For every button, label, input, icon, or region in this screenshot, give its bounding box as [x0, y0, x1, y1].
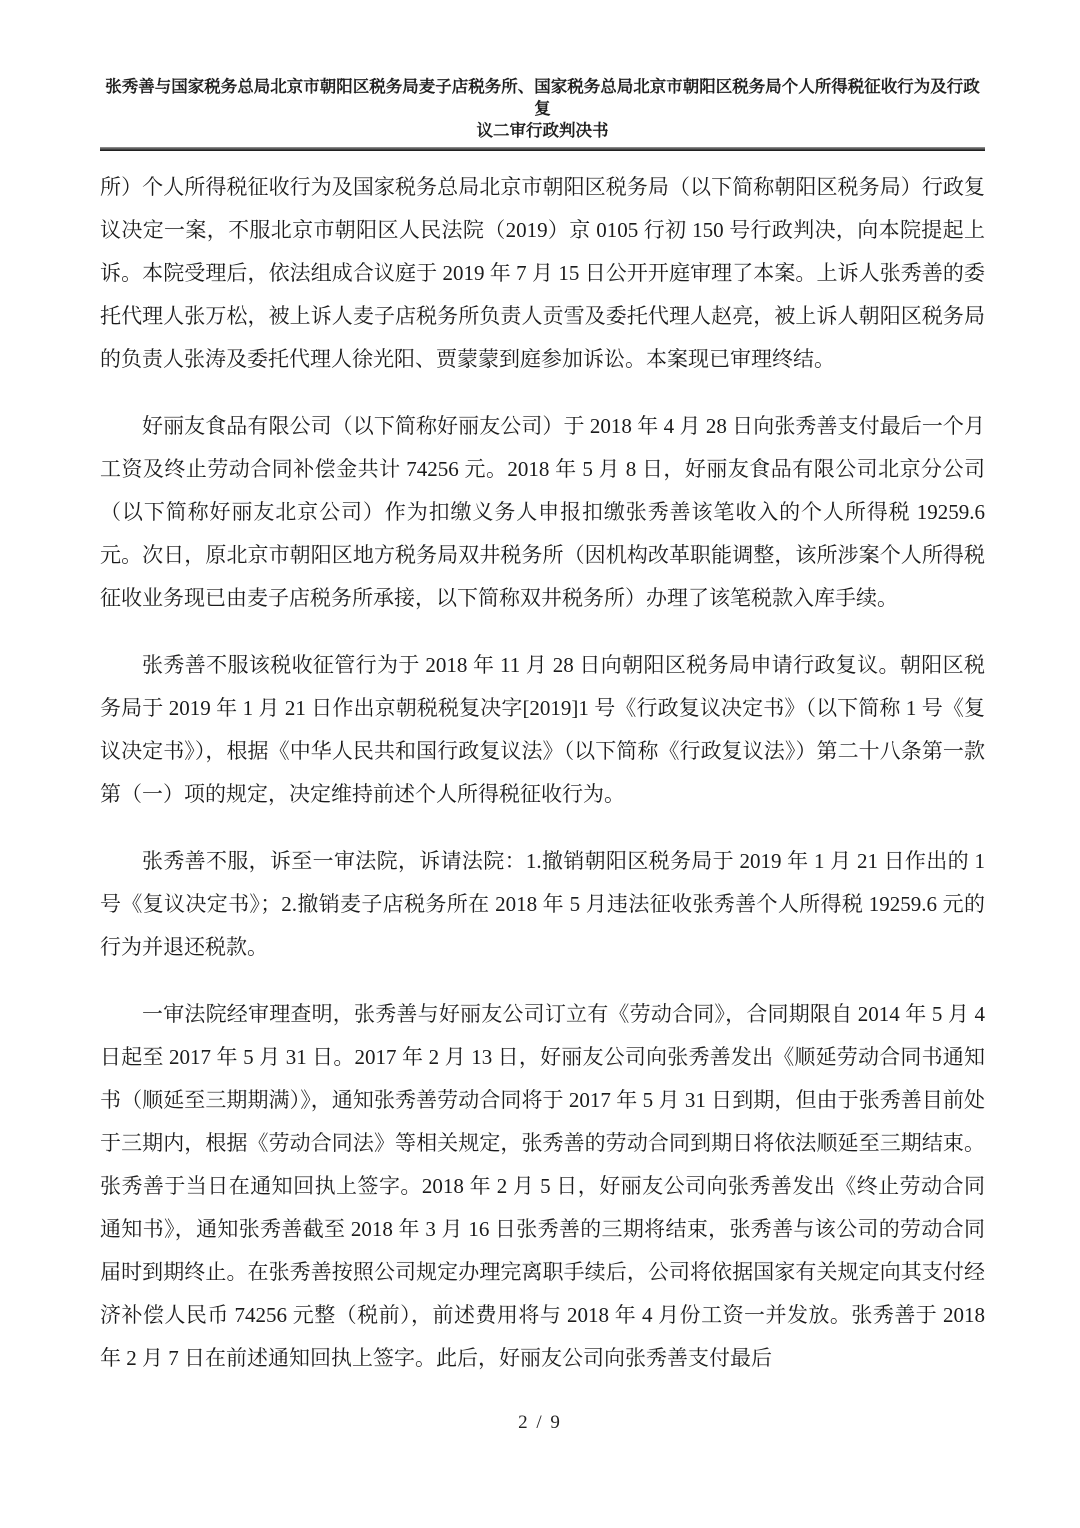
document-body: 所）个人所得税征收行为及国家税务总局北京市朝阳区税务局（以下简称朝阳区税务局）行… [100, 166, 985, 1380]
document-title-line1: 张秀善与国家税务总局北京市朝阳区税务局麦子店税务所、国家税务总局北京市朝阳区税务… [100, 76, 985, 120]
paragraph-review-decision: 张秀善不服该税收征管行为于 2018 年 11 月 28 日向朝阳区税务局申请行… [100, 644, 985, 816]
paragraph-claims: 张秀善不服，诉至一审法院，诉请法院：1.撤销朝阳区税务局于 2019 年 1 月… [100, 840, 985, 969]
paragraph-first-instance-findings: 一审法院经审理查明，张秀善与好丽友公司订立有《劳动合同》，合同期限自 2014 … [100, 993, 985, 1380]
header-divider [100, 147, 985, 151]
paragraph-payment-facts: 好丽友食品有限公司（以下简称好丽友公司）于 2018 年 4 月 28 日向张秀… [100, 405, 985, 620]
document-title-line2: 议二审行政判决书 [100, 120, 985, 142]
page-number: 2 / 9 [0, 1412, 1080, 1434]
document-page: 张秀善与国家税务总局北京市朝阳区税务局麦子店税务所、国家税务总局北京市朝阳区税务… [0, 0, 1080, 1528]
document-title: 张秀善与国家税务总局北京市朝阳区税务局麦子店税务所、国家税务总局北京市朝阳区税务… [100, 0, 985, 142]
paragraph-appeal-intro: 所）个人所得税征收行为及国家税务总局北京市朝阳区税务局（以下简称朝阳区税务局）行… [100, 166, 985, 381]
